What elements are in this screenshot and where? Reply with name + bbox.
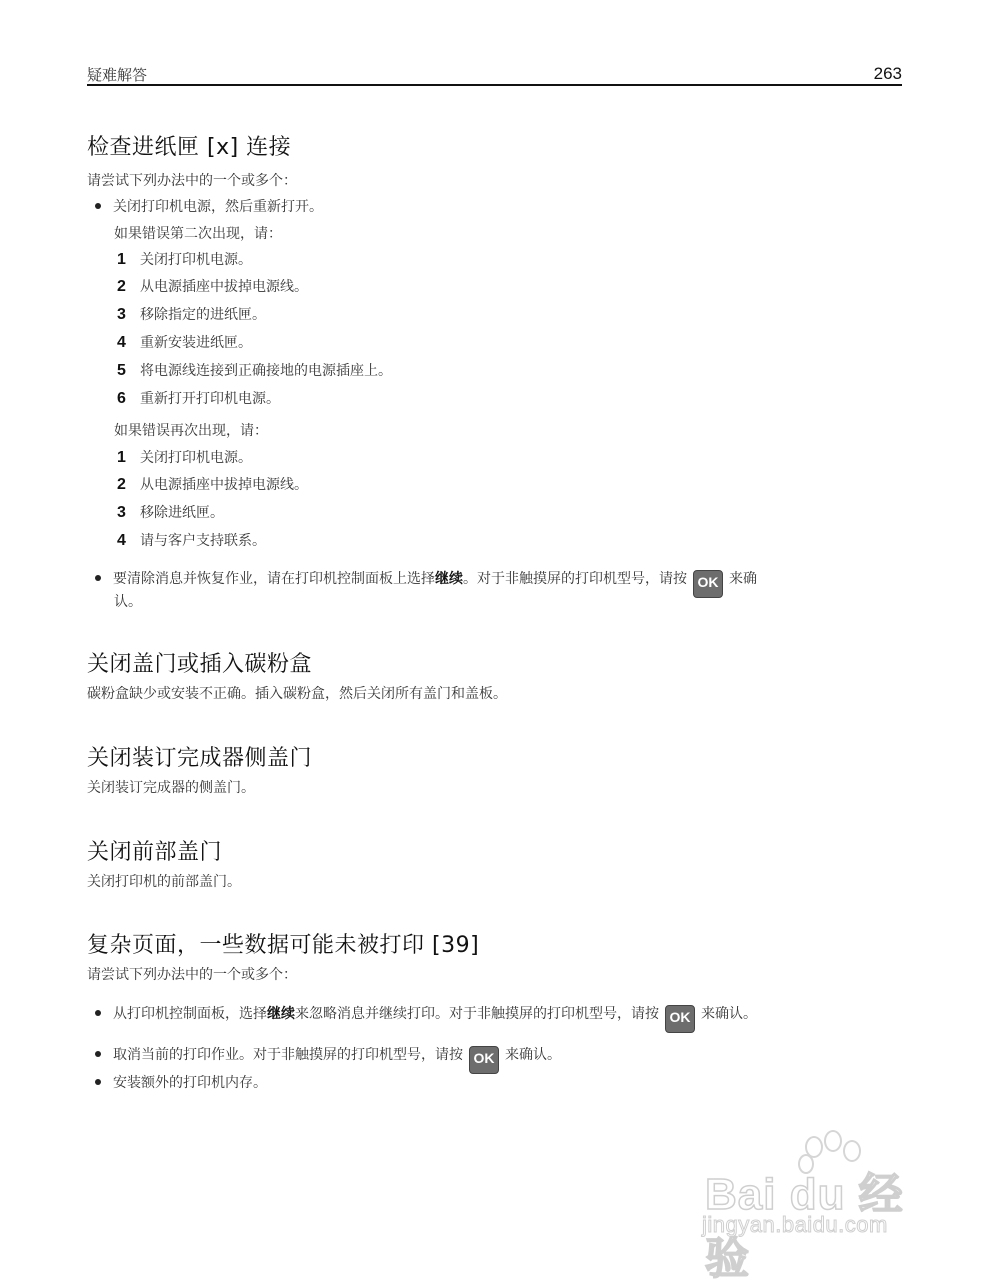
watermark-url: jingyan.baidu.com — [702, 1212, 888, 1238]
step-number: 2 — [117, 475, 126, 495]
condition-text: 如果错误第二次出现，请： — [114, 224, 282, 244]
bullet-item: 要清除消息并恢复作业，请在打印机控制面板上选择继续。对于非触摸屏的打印机型号，请… — [95, 569, 895, 598]
bullet-item: 取消当前的打印作业。对于非触摸屏的打印机型号，请按OK来确认。 — [95, 1045, 561, 1074]
section-title: 关闭装订完成器侧盖门 — [87, 741, 312, 772]
step-number: 1 — [117, 250, 126, 270]
bullet-icon — [95, 203, 101, 209]
step-number: 5 — [117, 361, 126, 381]
section-body: 关闭装订完成器的侧盖门。 — [87, 778, 255, 798]
step-number: 1 — [117, 448, 126, 468]
header-rule — [87, 84, 902, 86]
page-header: 疑难解答 263 — [87, 64, 902, 84]
step-text: 关闭打印机电源。 — [140, 448, 252, 468]
ok-button-icon: OK — [469, 1046, 499, 1074]
bullet-item: 从打印机控制面板，选择继续来忽略消息并继续打印。对于非触摸屏的打印机型号，请按O… — [95, 1004, 905, 1033]
step-number: 3 — [117, 305, 126, 325]
step-number: 6 — [117, 389, 126, 409]
step-text: 移除进纸匣。 — [140, 503, 224, 523]
section-title: 检查进纸匣 [x] 连接 — [87, 130, 291, 161]
section-body: 碳粉盒缺少或安装不正确。插入碳粉盒，然后关闭所有盖门和盖板。 — [87, 684, 507, 704]
step-text: 从电源插座中拔掉电源线。 — [140, 475, 308, 495]
section-title: 关闭前部盖门 — [87, 835, 222, 866]
step-text: 从电源插座中拔掉电源线。 — [140, 277, 308, 297]
step-text: 重新打开打印机电源。 — [140, 389, 280, 409]
ok-button-icon: OK — [665, 1005, 695, 1033]
intro-text: 请尝试下列办法中的一个或多个： — [87, 965, 297, 985]
continue-keyword: 继续 — [267, 1006, 295, 1022]
bullet-icon — [95, 1051, 101, 1057]
step-text: 移除指定的进纸匣。 — [140, 305, 266, 325]
step-number: 4 — [117, 531, 126, 551]
condition-text: 如果错误再次出现，请： — [114, 421, 268, 441]
bullet-item: 安装额外的打印机内存。 — [95, 1073, 267, 1093]
step-text: 重新安装进纸匣。 — [140, 333, 252, 353]
bullet-icon — [95, 1010, 101, 1016]
bullet-item: 关闭打印机电源，然后重新打开。 — [95, 197, 323, 217]
page-number: 263 — [874, 64, 902, 84]
section-name: 疑难解答 — [87, 64, 147, 85]
step-text: 将电源线连接到正确接地的电源插座上。 — [140, 361, 392, 381]
intro-text: 请尝试下列办法中的一个或多个： — [87, 171, 297, 191]
step-text: 请与客户支持联系。 — [140, 531, 266, 551]
step-number: 2 — [117, 277, 126, 297]
baidu-watermark: Bai du 经验 jingyan.baidu.com — [700, 1130, 940, 1240]
step-number: 4 — [117, 333, 126, 353]
continue-keyword: 继续 — [435, 571, 463, 587]
section-body: 关闭打印机的前部盖门。 — [87, 872, 241, 892]
bullet-continuation: 认。 — [114, 592, 142, 612]
step-text: 关闭打印机电源。 — [140, 250, 252, 270]
section-title: 复杂页面，一些数据可能未被打印 [39] — [87, 928, 479, 959]
ok-button-icon: OK — [693, 570, 723, 598]
section-title: 关闭盖门或插入碳粉盒 — [87, 647, 312, 678]
bullet-icon — [95, 1079, 101, 1085]
step-number: 3 — [117, 503, 126, 523]
bullet-icon — [95, 575, 101, 581]
